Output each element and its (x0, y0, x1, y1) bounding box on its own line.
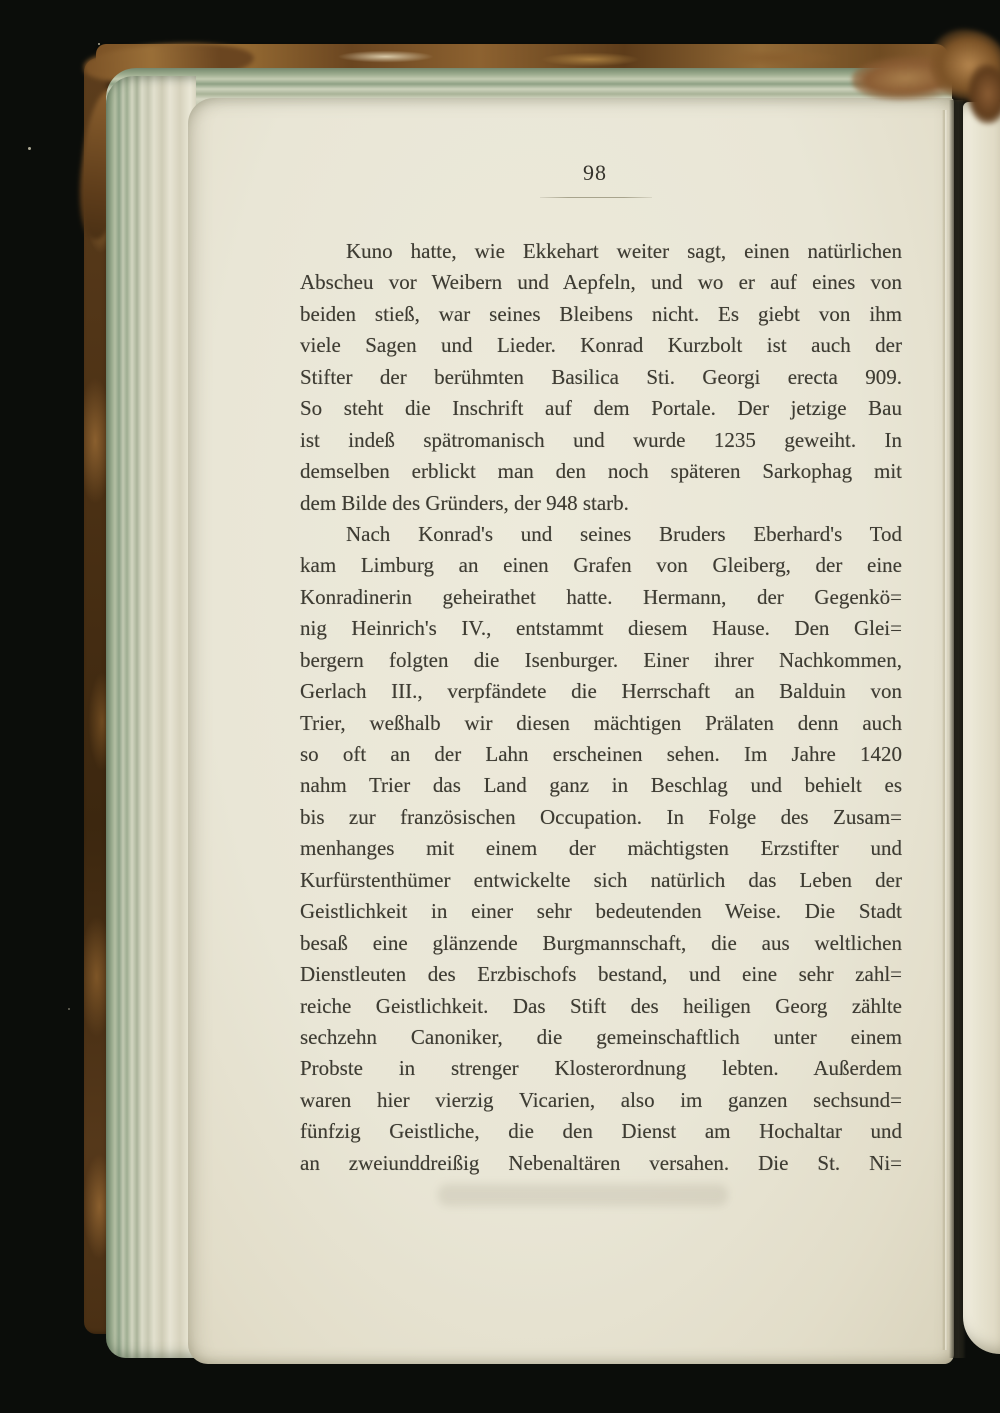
text-line: So steht die Inschrift auf dem Portale. … (300, 393, 902, 424)
dust-speck (68, 1008, 70, 1010)
text-line: menhanges mit einem der mächtigsten Erzs… (300, 833, 902, 864)
text-line: beiden stieß, war seines Bleibens nicht.… (300, 299, 902, 330)
text-line: Dienstleuten des Erzbischofs bestand, un… (300, 959, 902, 990)
text-block: Kuno hatte, wie Ekkehart weiter sagt, ei… (300, 236, 902, 1179)
text-line: Trier, weßhalb wir diesen mächtigen Präl… (300, 708, 902, 739)
text-line: nig Heinrich's IV., entstammt diesem Hau… (300, 613, 902, 644)
adjacent-page-edge (963, 102, 1000, 1354)
text-line: ist indeß spätromanisch und wurde 1235 g… (300, 425, 902, 456)
text-line: Konradinerin geheirathet hatte. Hermann,… (300, 582, 902, 613)
dust-speck (28, 147, 31, 150)
text-line: Gerlach III., verpfändete die Herrschaft… (300, 676, 902, 707)
text-line: Stifter der berühmten Basilica Sti. Geor… (300, 362, 902, 393)
text-line: Nach Konrad's und seines Bruders Eberhar… (300, 519, 902, 550)
text-line: Geistlichkeit in einer sehr bedeutenden … (300, 896, 902, 927)
text-line: dem Bilde des Gründers, der 948 starb. (300, 488, 902, 519)
text-line: bergern folgten die Isenburger. Einer ih… (300, 645, 902, 676)
worn-leather-top-right (968, 64, 1000, 124)
showthrough-smudge (438, 1184, 728, 1206)
page-edges-left (106, 76, 196, 1358)
text-line: bis zur französischen Occupation. In Fol… (300, 802, 902, 833)
text-line: fünfzig Geistliche, die den Dienst am Ho… (300, 1116, 902, 1147)
text-line: Kuno hatte, wie Ekkehart weiter sagt, ei… (300, 236, 902, 267)
text-line: Kurfürstenthümer entwickelte sich natürl… (300, 865, 902, 896)
text-line: Abscheu vor Weibern und Aepfeln, und wo … (300, 267, 902, 298)
text-line: viele Sagen und Lieder. Konrad Kurzbolt … (300, 330, 902, 361)
page-number: 98 (545, 160, 645, 186)
text-line: nahm Trier das Land ganz in Beschlag und… (300, 770, 902, 801)
text-line: waren hier vierzig Vicarien, also im gan… (300, 1085, 902, 1116)
text-line: Probste in strenger Klosterordnung lebte… (300, 1053, 902, 1084)
book-page: 98 Kuno hatte, wie Ekkehart weiter sagt,… (188, 98, 954, 1364)
text-line: an zweiunddreißig Nebenaltären versahen.… (300, 1148, 902, 1179)
page-number-rule (540, 197, 652, 198)
text-line: sechzehn Canoniker, die gemeinschaftlich… (300, 1022, 902, 1053)
photograph-of-book-page: 98 Kuno hatte, wie Ekkehart weiter sagt,… (0, 0, 1000, 1413)
text-line: besaß eine glänzende Burgmannschaft, die… (300, 928, 902, 959)
text-line: kam Limburg an einen Grafen von Gleiberg… (300, 550, 902, 581)
text-line: reiche Geistlichkeit. Das Stift des heil… (300, 991, 902, 1022)
page-crease (942, 110, 947, 1350)
text-line: demselben erblickt man den noch späteren… (300, 456, 902, 487)
text-line: so oft an der Lahn erscheinen sehen. Im … (300, 739, 902, 770)
